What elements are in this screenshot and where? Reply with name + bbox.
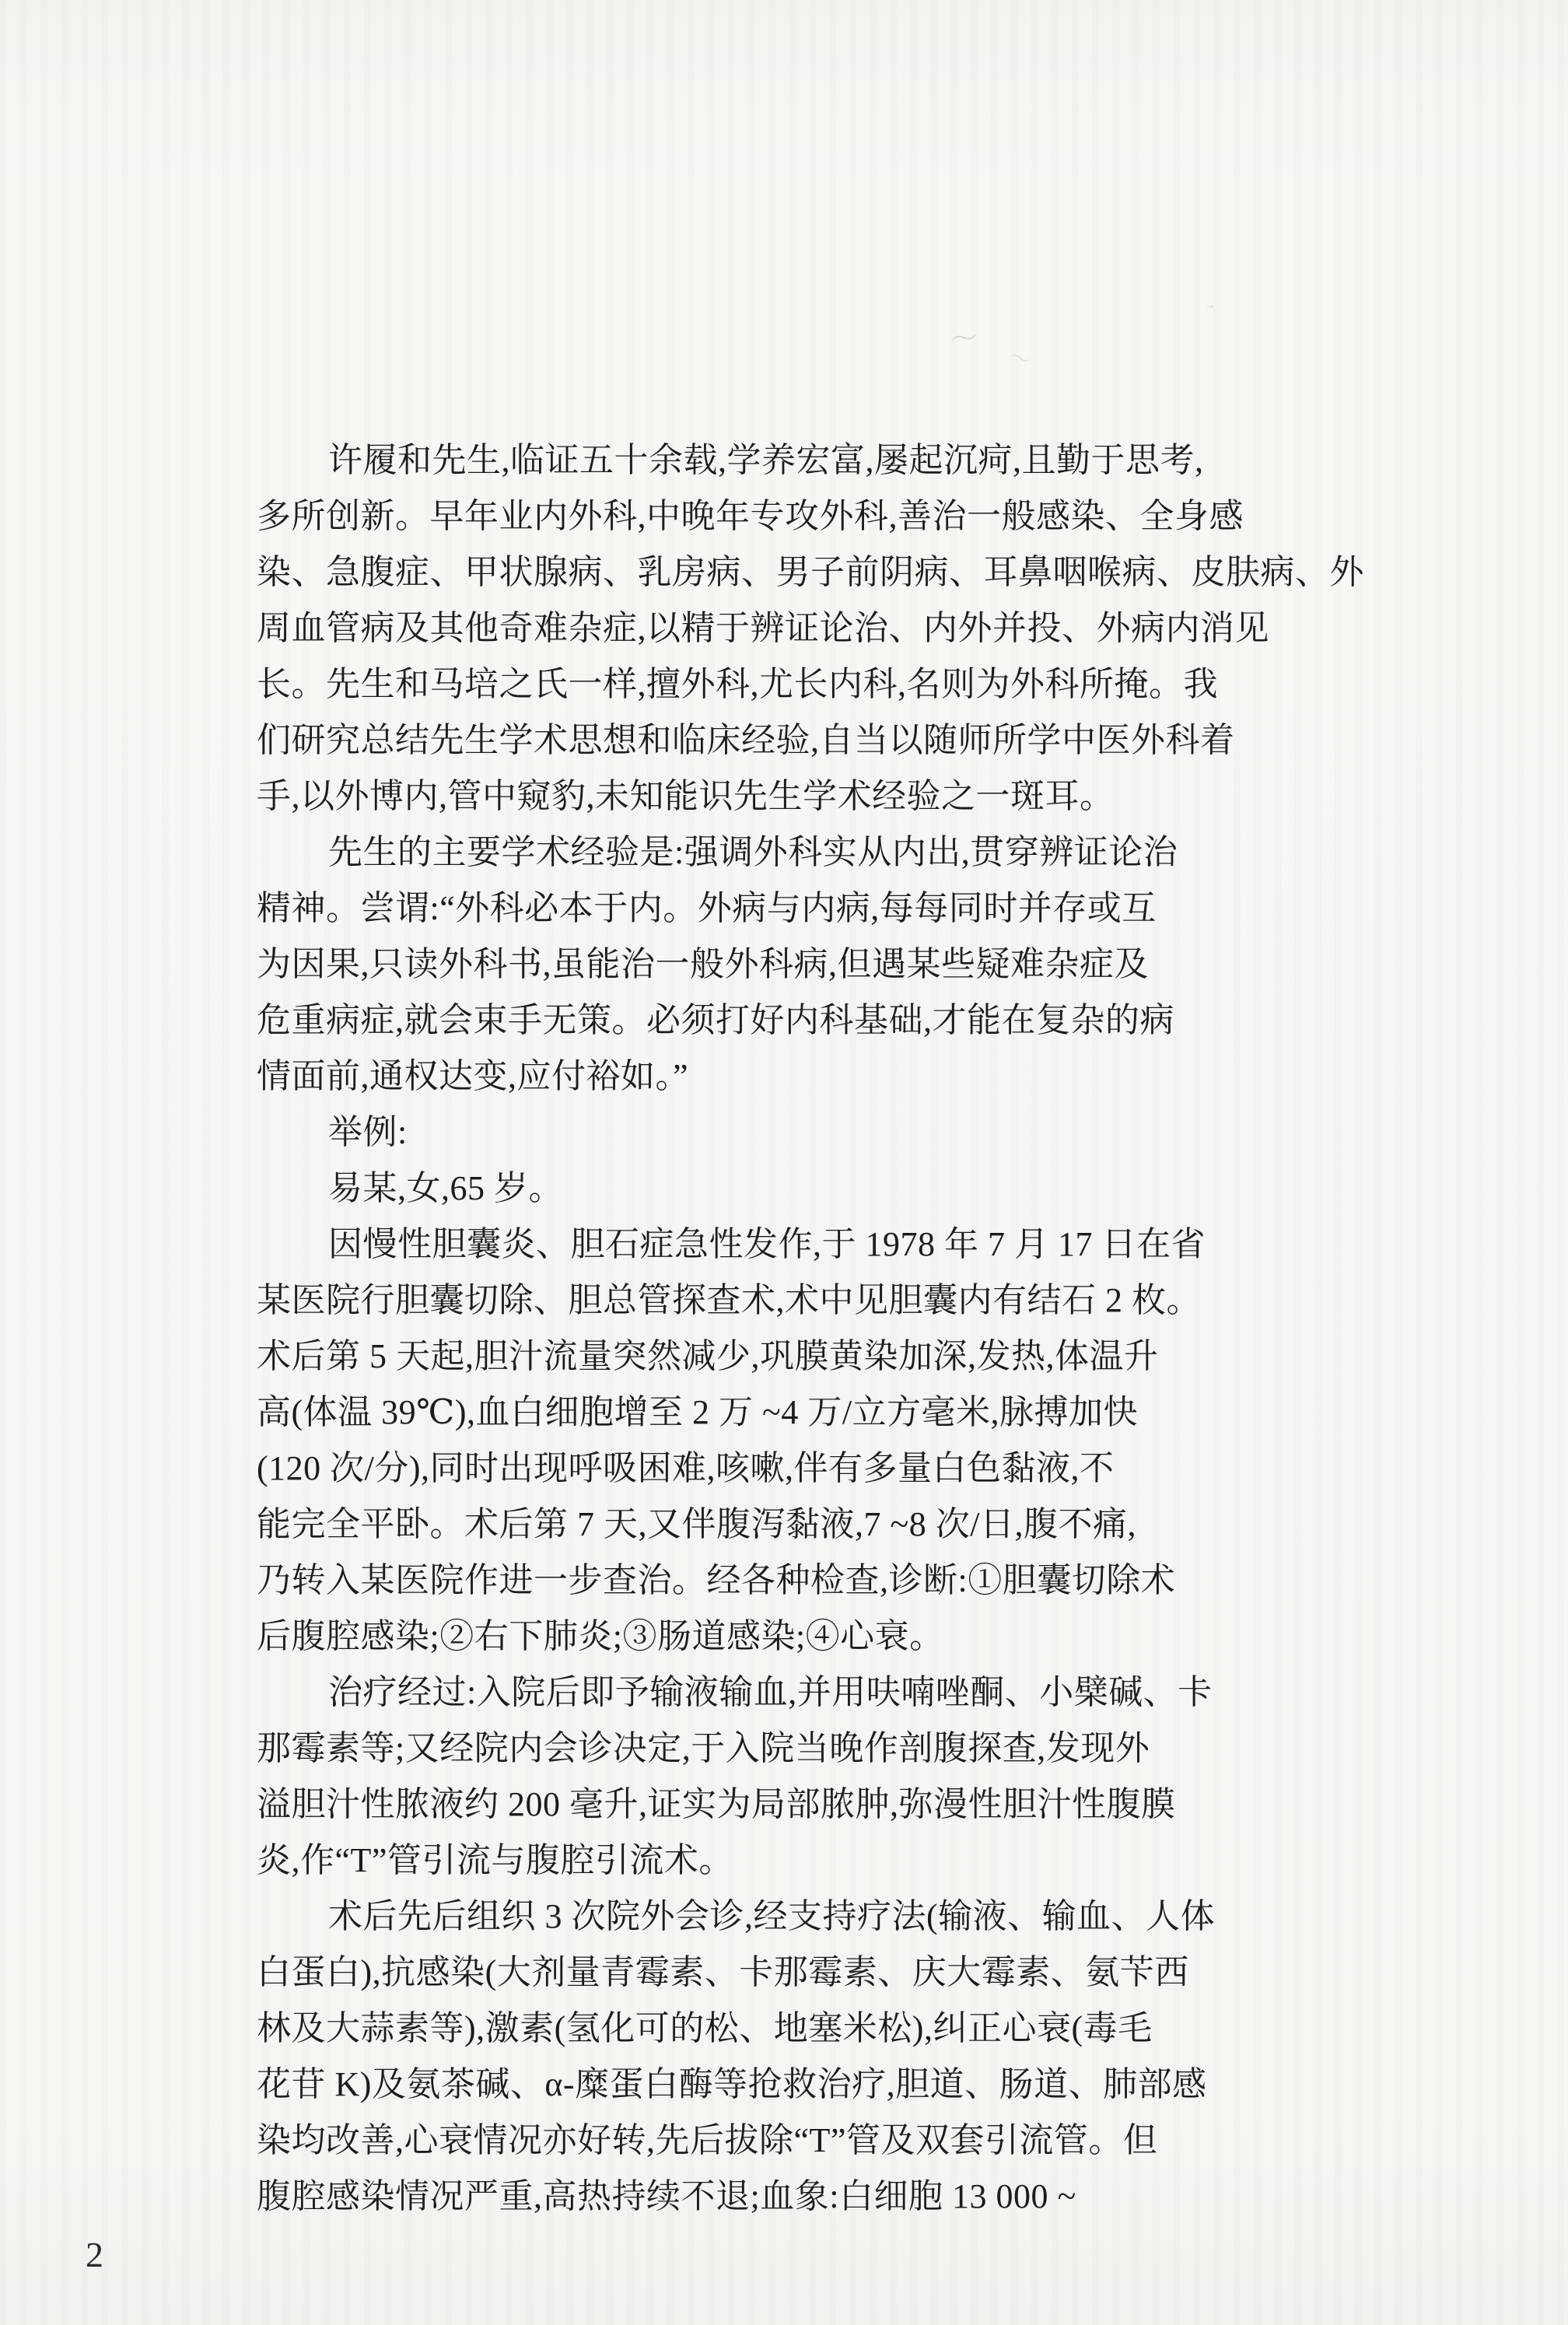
text-line: 多所创新。早年业内外科,中晚年专攻外科,善治一般感染、全身感 [257, 488, 1367, 544]
scan-artifact-smudge-3: ︐ [1189, 289, 1220, 313]
text-line: 白蛋白),抗感染(大剂量青霉素、卡那霉素、庆大霉素、氨苄西 [257, 1945, 1367, 2001]
text-line: 长。先生和马培之氏一样,擅外科,尤长内科,名则为外科所掩。我 [257, 657, 1367, 713]
text-line: 术后先后组织 3 次院外会诊,经支持疗法(输液、输血、人体 [257, 1889, 1367, 1945]
text-block: 许履和先生,临证五十余载,学养宏富,屡起沉疴,且勤于思考, 多所创新。早年业内外… [257, 432, 1367, 2225]
text-line: 周血管病及其他奇难杂症,以精于辨证论治、内外并投、外病内消见 [257, 601, 1367, 657]
text-line: 腹腔感染情况严重,高热持续不退;血象:白细胞 13 000 ~ [257, 2169, 1367, 2225]
text-line: 那霉素等;又经院内会诊决定,于入院当晚作剖腹探查,发现外 [257, 1721, 1367, 1777]
text-line: 为因果,只读外科书,虽能治一般外科病,但遇某些疑难杂症及 [257, 937, 1367, 993]
text-line: 染、急腹症、甲状腺病、乳房病、男子前阴病、耳鼻咽喉病、皮肤病、外 [257, 544, 1367, 601]
text-line: 手,以外博内,管中窥豹,未知能识先生学术经验之一斑耳。 [257, 769, 1367, 825]
text-line: 乃转入某医院作进一步查治。经各种检查,诊断:①胆囊切除术 [257, 1553, 1367, 1609]
page-number: 2 [86, 2234, 103, 2275]
text-line: 某医院行胆囊切除、胆总管探查术,术中见胆囊内有结石 2 枚。 [257, 1273, 1367, 1329]
text-line: 因慢性胆囊炎、胆石症急性发作,于 1978 年 7 月 17 日在省 [257, 1217, 1367, 1273]
text-line: 后腹腔感染;②右下肺炎;③肠道感染;④心衰。 [257, 1609, 1367, 1665]
text-line: 花苷 K)及氨茶碱、α-糜蛋白酶等抢救治疗,胆道、肠道、肺部感 [257, 2057, 1367, 2113]
text-line: 情面前,通权达变,应付裕如。” [257, 1049, 1367, 1105]
text-line: 举例: [257, 1105, 1367, 1161]
text-line: 高(体温 39℃),血白细胞增至 2 万 ~4 万/立方毫米,脉搏加快 [257, 1385, 1367, 1441]
text-line: 治疗经过:入院后即予输液输血,并用呋喃唑酮、小檗碱、卡 [257, 1665, 1367, 1721]
text-line: 们研究总结先生学术思想和临床经验,自当以随师所学中医外科着 [257, 713, 1367, 769]
text-line: 易某,女,65 岁。 [257, 1161, 1367, 1217]
text-line: 精神。尝谓:“外科必本于内。外病与内病,每每同时并存或互 [257, 881, 1367, 937]
text-line: 先生的主要学术经验是:强调外科实从内出,贯穿辨证论治 [257, 825, 1367, 881]
text-line: 术后第 5 天起,胆汁流量突然减少,巩膜黄染加深,发热,体温升 [257, 1329, 1367, 1385]
text-line: 许履和先生,临证五十余载,学养宏富,屡起沉疴,且勤于思考, [257, 432, 1367, 488]
text-line: 炎,作“T”管引流与腹腔引流术。 [257, 1833, 1367, 1889]
text-line: 染均改善,心衰情况亦好转,先后拔除“T”管及双套引流管。但 [257, 2113, 1367, 2169]
text-line: 能完全平卧。术后第 7 天,又伴腹泻黏液,7 ~8 次/日,腹不痛, [257, 1497, 1367, 1553]
text-line: 林及大蒜素等),激素(氢化可的松、地塞米松),纠正心衰(毒毛 [257, 2001, 1367, 2057]
scan-artifact-smudge-2: 〜 [1006, 340, 1035, 376]
scan-artifact-smudge-1: 〜 [948, 316, 979, 357]
text-line: 溢胆汁性脓液约 200 毫升,证实为局部脓肿,弥漫性胆汁性腹膜 [257, 1777, 1367, 1833]
book-page: 〜 〜 ︐ 许履和先生,临证五十余载,学养宏富,屡起沉疴,且勤于思考, 多所创新… [0, 0, 1568, 2325]
text-line: 危重病症,就会束手无策。必须打好内科基础,才能在复杂的病 [257, 993, 1367, 1049]
text-line: (120 次/分),同时出现呼吸困难,咳嗽,伴有多量白色黏液,不 [257, 1441, 1367, 1497]
